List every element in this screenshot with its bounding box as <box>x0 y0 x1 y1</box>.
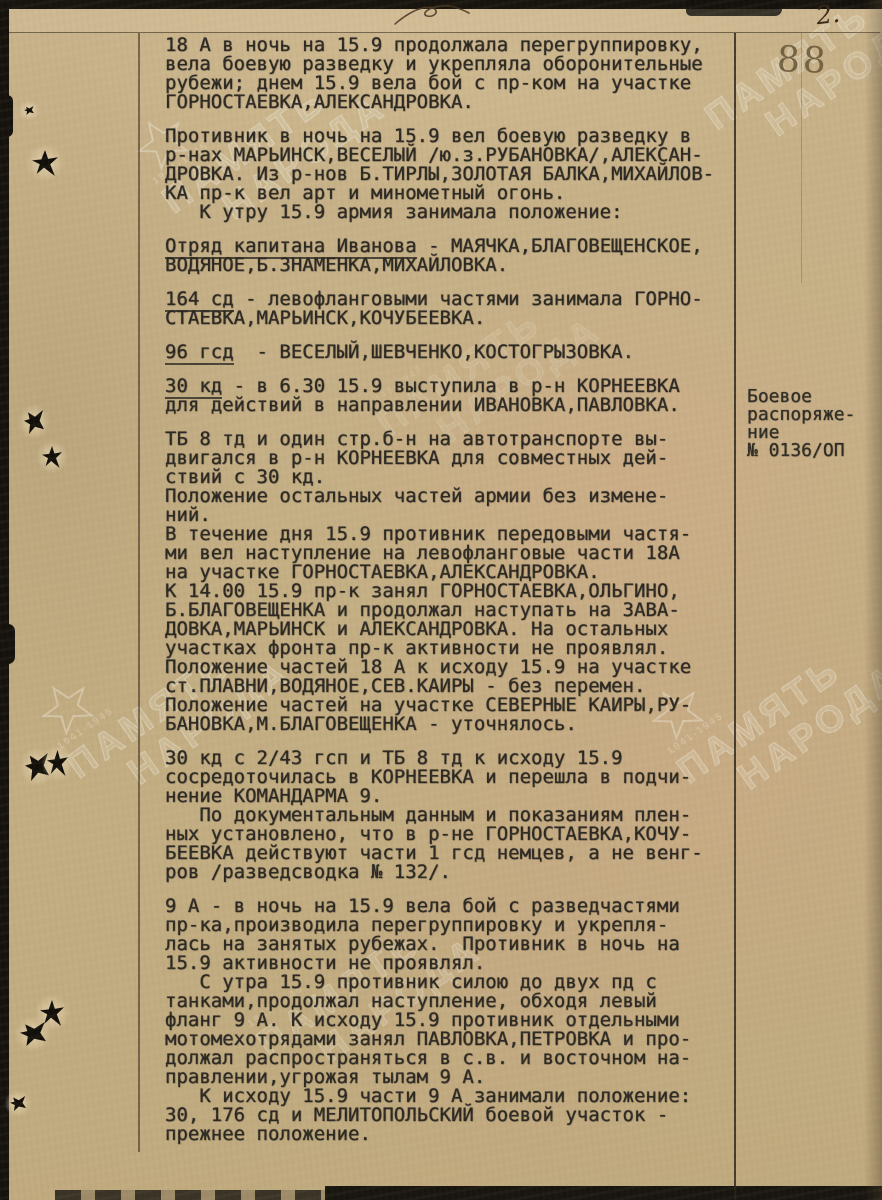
margin-note-line: № 0136/ОП <box>747 442 855 460</box>
paragraph: ТБ 8 тд и один стр.б-н на автотранспорте… <box>165 430 740 734</box>
paper-tear <box>47 750 68 776</box>
underlined-unit-name: 96 гсд <box>165 341 234 365</box>
paragraph: 30 кд с 2/43 гсп и ТБ 8 тд к исходу 15.9… <box>165 749 740 882</box>
text-line: Положение остальных частей армии без изм… <box>165 487 740 506</box>
text-line: К утру 15.9 армия занимала положение: <box>165 203 740 222</box>
scan-edge-blob <box>0 95 13 137</box>
text-line: прежнее положение. <box>165 1125 740 1144</box>
text-line: ВОДЯНОЕ,Б.ЗНАМЕНКА,МИХАЙЛОВКА. <box>165 256 740 275</box>
text-line: для действий в направлении ИВАНОВКА,ПАВЛ… <box>165 396 740 415</box>
paragraph: Противник в ночь на 15.9 вел боевую разв… <box>165 127 740 222</box>
text-line: 96 гсд - ВЕСЕЛЫЙ,ШЕВЧЕНКО,КОСТОГРЫЗОВКА. <box>165 343 740 362</box>
paper-tear <box>42 446 62 468</box>
text-line: ров /разведсводка № 132/. <box>165 863 740 882</box>
scan-edge-left <box>0 0 9 1200</box>
scan-edge-bottom <box>55 1190 325 1200</box>
scanned-document-page: 1941-1945 ПАМЯТЬ НАРОДА ПАМЯТЬ НАРОДА 19… <box>0 0 882 1200</box>
text-line: ГОРНОСТАЕВКА,АЛЕКСАНДРОВКА. <box>165 93 740 112</box>
paragraph: 96 гсд - ВЕСЕЛЫЙ,ШЕВЧЕНКО,КОСТОГРЫЗОВКА. <box>165 343 740 362</box>
paper-tear <box>10 1096 26 1111</box>
paper-tear <box>20 1022 46 1046</box>
paper-tear <box>24 410 44 434</box>
left-margin-line <box>138 33 140 1152</box>
paragraph: 9 А - в ночь на 15.9 вела бой с разведча… <box>165 897 740 1144</box>
handwritten-page-number: 2. <box>815 0 842 30</box>
ink-scribble <box>393 2 471 28</box>
star-icon <box>31 672 103 744</box>
paper-tear <box>24 106 34 115</box>
text-line: БАНОВКА,М.БЛАГОВЕЩЕНКА - уточнялось. <box>165 715 740 734</box>
text-line: СТАЕВКА,МАРЬИНСК,КОЧУБЕЕВКА. <box>165 309 740 328</box>
paragraph: Отряд капитана Иванова - МАЯЧКА,БЛАГОВЕЩ… <box>165 237 740 275</box>
scan-edge-blob <box>0 624 15 664</box>
paragraph: 164 сд - левофланговыми частями занимала… <box>165 290 740 328</box>
paragraph: 30 кд - в 6.30 15.9 выступила в р-н КОРН… <box>165 377 740 415</box>
page-edge-shadow <box>864 0 882 1200</box>
paper-tear <box>32 150 58 176</box>
paragraph: 18 А в ночь на 15.9 продолжала перегрупп… <box>165 36 740 112</box>
archive-sheet-number: 88 <box>776 39 829 82</box>
document-body: 18 А в ночь на 15.9 продолжала перегрупп… <box>165 36 740 1159</box>
scan-edge-bottom <box>325 1186 882 1200</box>
margin-note: Боевоераспоряже-ние№ 0136/ОП <box>747 388 855 460</box>
